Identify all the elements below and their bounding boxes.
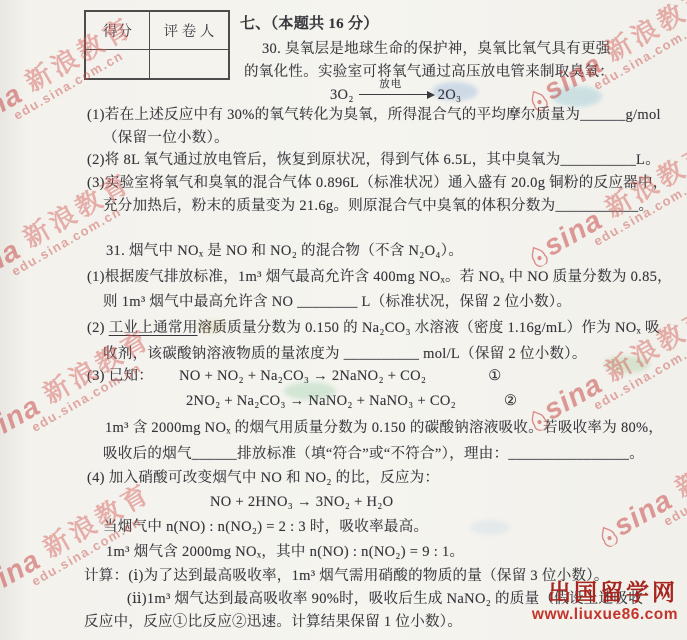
reaction-equation-2: 2NO₂ + Na₂CO₃ → NaNO₂ + NaNO₃ + CO₂ bbox=[186, 393, 456, 409]
question-30-equation: 3O₂放电2O₃ bbox=[330, 82, 461, 106]
question-31-part2-line2: 收剂，该碳酸钠溶液物质的量浓度为 __________ mol/L（保留 2 位… bbox=[103, 344, 587, 365]
scanned-exam-page: { "score_table": { "col1": "得分", "col2":… bbox=[0, 0, 687, 640]
sina-logo-text: sina bbox=[610, 487, 677, 541]
sina-flame-icon bbox=[525, 242, 551, 270]
site-name-text: 出国留学网 bbox=[532, 579, 678, 605]
watermark-brand-text: 新浪教育 bbox=[600, 302, 687, 388]
question-31-calc-ii-line2: 反应中，反应①比反应②迅速。计算结果保留 1 位小数）。 bbox=[84, 612, 462, 633]
section-title: 七、（本题共 16 分） bbox=[240, 14, 379, 35]
question-31-part3-line4: 吸收后的烟气______排放标准（填“符合”或“不符合”），理由：_______… bbox=[103, 444, 644, 465]
reaction-equation-1-number: ① bbox=[488, 368, 501, 384]
equation-lhs: 3O₂ bbox=[330, 87, 354, 103]
question-30-intro-line1: 30. 臭氧层是地球生命的保护神，臭氧比氧气具有更强 bbox=[262, 39, 611, 60]
question-31-part4-line2: 当烟气中 n(NO) : n(NO₂) = 2 : 3 时，吸收率最高。 bbox=[103, 517, 428, 538]
decorative-blob bbox=[604, 356, 650, 373]
question-31-part1-line1: (1)根据废气排放标准，1m³ 烟气最高允许含 400mg NOₓ。若 NOₓ … bbox=[87, 267, 672, 288]
score-table-cell-grader-empty bbox=[150, 50, 228, 78]
reaction-equation-2-number: ② bbox=[504, 393, 517, 409]
sina-logo-text: sina bbox=[0, 547, 45, 601]
sina-logo-text: sina bbox=[0, 81, 27, 135]
arrow-shaft bbox=[359, 94, 428, 95]
score-table-header-score: 得分 bbox=[86, 12, 150, 50]
sina-flame-icon bbox=[595, 522, 621, 550]
sina-watermark: sina 新浪教育 edu.sina.com.cn bbox=[591, 418, 687, 561]
question-31-part4-line1: (4) 加入硝酸可改变烟气中 NO 和 NO₂ 的比，反应为： bbox=[87, 468, 439, 489]
part3-label: (3) 已知： bbox=[87, 368, 153, 384]
question-30-part3-line2: 充分加热后，粉末的质量变为 21.6g。则原混合气中臭氧的体积分数为______… bbox=[103, 196, 653, 217]
question-31-part3-known-line1: (3) 已知：NO + NO₂ + Na₂CO₃ → 2NaNO₂ + CO₂① bbox=[87, 366, 502, 387]
score-table-cell-score-empty bbox=[86, 50, 150, 78]
question-30-part3-line1: (3)实验室将氧气和臭氧的混合气体 0.896L（标准状况）通入盛有 20.0g… bbox=[87, 173, 668, 194]
watermark-brand-text: 新浪教育 bbox=[670, 418, 687, 504]
score-table: 得分 评 卷 人 bbox=[84, 10, 230, 80]
sina-logo-text: sina bbox=[540, 371, 607, 425]
watermark-domain-text: edu.sina.com.cn bbox=[661, 442, 687, 529]
site-stamp: 出国留学网 www.liuxue86.com bbox=[532, 579, 678, 624]
watermark-domain-text: edu.sina.com.cn bbox=[591, 326, 687, 413]
question-31-part1-line2: 则 1m³ 烟气中最高允许含 NO ________ L（标准状况，保留 2 位… bbox=[103, 292, 571, 313]
reaction-arrow: 放电 bbox=[357, 82, 435, 102]
question-30-part1-line2: （保留一位小数）。 bbox=[103, 128, 229, 149]
question-30-part1-line1: (1)若在上述反应中有 30%的氧气转化为臭氧，所得混合气的平均摩尔质量为___… bbox=[87, 105, 661, 126]
site-url-text: www.liuxue86.com bbox=[532, 605, 678, 624]
reaction-equation-3: NO + 2HNO₃ → 3NO₂ + H₂O bbox=[210, 492, 393, 513]
question-31-part3-line3: 1m³ 含 2000mg NOₓ 的烟气用质量分数为 0.150 的碳酸钠溶液吸… bbox=[105, 418, 663, 439]
question-30-intro-line2: 的氧化性。实验室可将氧气通过高压放电管来制取臭氧： bbox=[244, 62, 614, 83]
reaction-equation-1: NO + NO₂ + Na₂CO₃ → 2NaNO₂ + CO₂ bbox=[179, 368, 426, 384]
question-31-part3-known-line2: 2NO₂ + Na₂CO₃ → NaNO₂ + NaNO₃ + CO₂② bbox=[186, 391, 517, 412]
arrow-head-icon bbox=[427, 91, 435, 99]
question-31-intro: 31. 烟气中 NOₓ 是 NO 和 NO₂ 的混合物（不含 N₂O₄）。 bbox=[106, 241, 463, 262]
question-30-part2: (2)将 8L 氧气通过放电管后，恢复到原状况，得到气体 6.5L，其中臭氧为_… bbox=[87, 150, 660, 171]
sina-logo-text: sina bbox=[0, 237, 25, 291]
question-31-part2-line1: (2) 工业上通常用溶质质量分数为 0.150 的 Na₂CO₃ 水溶液（密度 … bbox=[87, 318, 660, 339]
reaction-condition: 放电 bbox=[357, 74, 425, 95]
decorative-blob bbox=[470, 520, 510, 535]
sina-logo-text: sina bbox=[0, 393, 45, 447]
question-31-calc-i: 计算：(ⅰ)为了达到最高吸收率，1m³ 烟气需用硝酸的物质的量（保留 3 位小数… bbox=[84, 566, 609, 587]
watermark-brand-text: 新浪教育 bbox=[600, 0, 687, 68]
equation-rhs: 2O₃ bbox=[438, 87, 462, 103]
decorative-blob bbox=[552, 86, 602, 107]
part2-rest: 溶质质量分数为 0.150 的 Na₂CO₃ 水溶液（密度 1.16g/mL）作… bbox=[198, 320, 660, 336]
score-table-header-grader: 评 卷 人 bbox=[150, 12, 228, 50]
question-31-part4-line3: 1m³ 烟气含 2000mg NOₓ，其中 n(NO) : n(NO₂) = 9… bbox=[106, 542, 464, 563]
part2-prefix: (2) bbox=[87, 320, 109, 336]
part2-underlined-phrase: 工业上通常用 bbox=[109, 320, 198, 336]
